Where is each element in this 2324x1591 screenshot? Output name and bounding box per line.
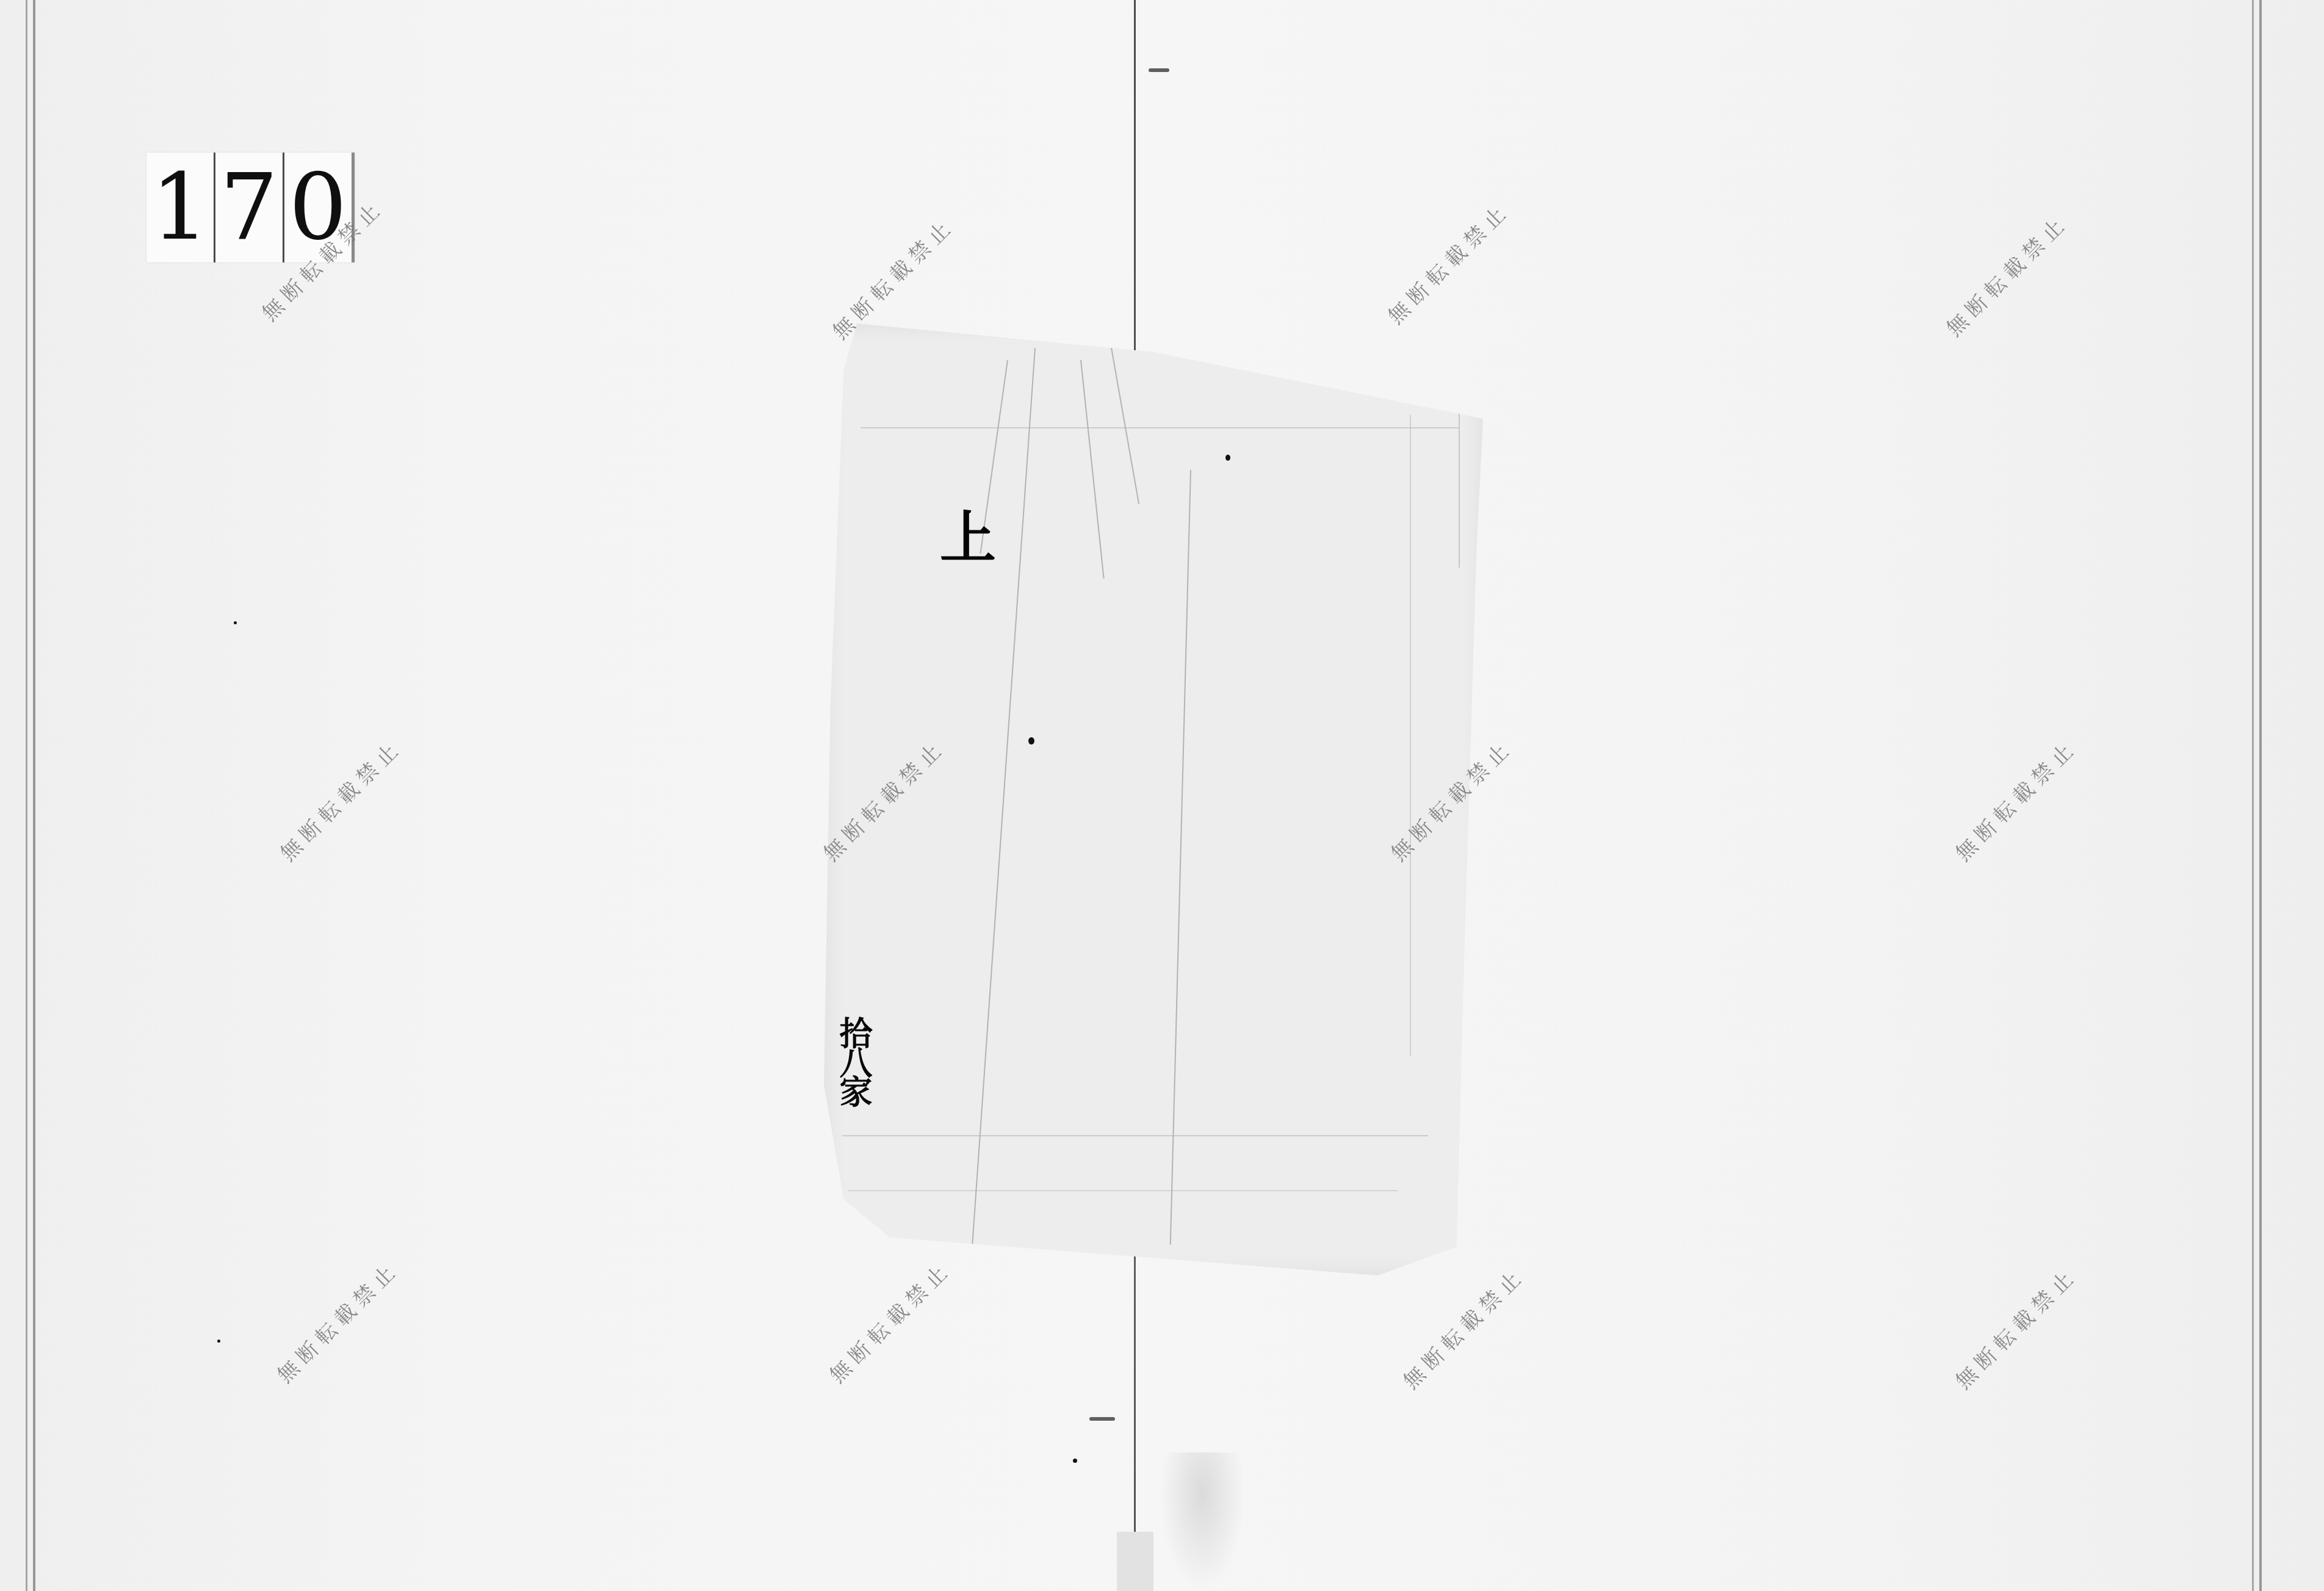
watermark: 無断転載禁止 (1947, 732, 2082, 867)
inscription-top-character: 上 (940, 510, 996, 566)
watermark: 無断転載禁止 (1938, 207, 2073, 342)
inscription-signature: 拾八家 (837, 1016, 870, 1104)
left-plate-edge (24, 0, 38, 1591)
right-plate-edge (2251, 0, 2264, 1591)
paper-crease (1111, 348, 1139, 504)
paper-crease (1170, 470, 1191, 1245)
paper-crease (1410, 415, 1411, 1056)
watermark: 無断転載禁止 (1947, 1260, 2082, 1394)
watermark: 無断転載禁止 (272, 732, 407, 867)
watermark: 無断転載禁止 (1395, 1260, 1530, 1394)
seam-mark (1089, 1417, 1115, 1421)
frame-digit: 1 (146, 153, 215, 262)
dust-spot (1073, 1459, 1077, 1463)
dust-spot (217, 1340, 220, 1343)
watermark: 無断転載禁止 (825, 210, 959, 345)
paper-crease (861, 427, 1459, 428)
paper-crease (848, 1190, 1398, 1191)
paper-crease (1459, 360, 1460, 568)
paper-crease (842, 1135, 1428, 1136)
seam-mark (1149, 68, 1169, 72)
background-artifact (1117, 1532, 1153, 1591)
dust-spot (234, 621, 237, 624)
ink-spot (1225, 455, 1230, 461)
frame-digit: 7 (215, 153, 284, 262)
folded-paper-document (824, 323, 1483, 1275)
paper-crease (1080, 360, 1105, 579)
ink-spot (1028, 737, 1034, 745)
background-artifact (1160, 1452, 1245, 1591)
watermark: 無断転載禁止 (1380, 195, 1515, 330)
archival-scan: 1 7 0 上 拾八家 無断転載禁止 無断転載禁止 無断転載禁止 無断転載禁止 … (0, 0, 2324, 1591)
paper-crease (972, 348, 1036, 1249)
watermark: 無断転載禁止 (269, 1254, 404, 1388)
watermark: 無断転載禁止 (821, 1254, 956, 1388)
